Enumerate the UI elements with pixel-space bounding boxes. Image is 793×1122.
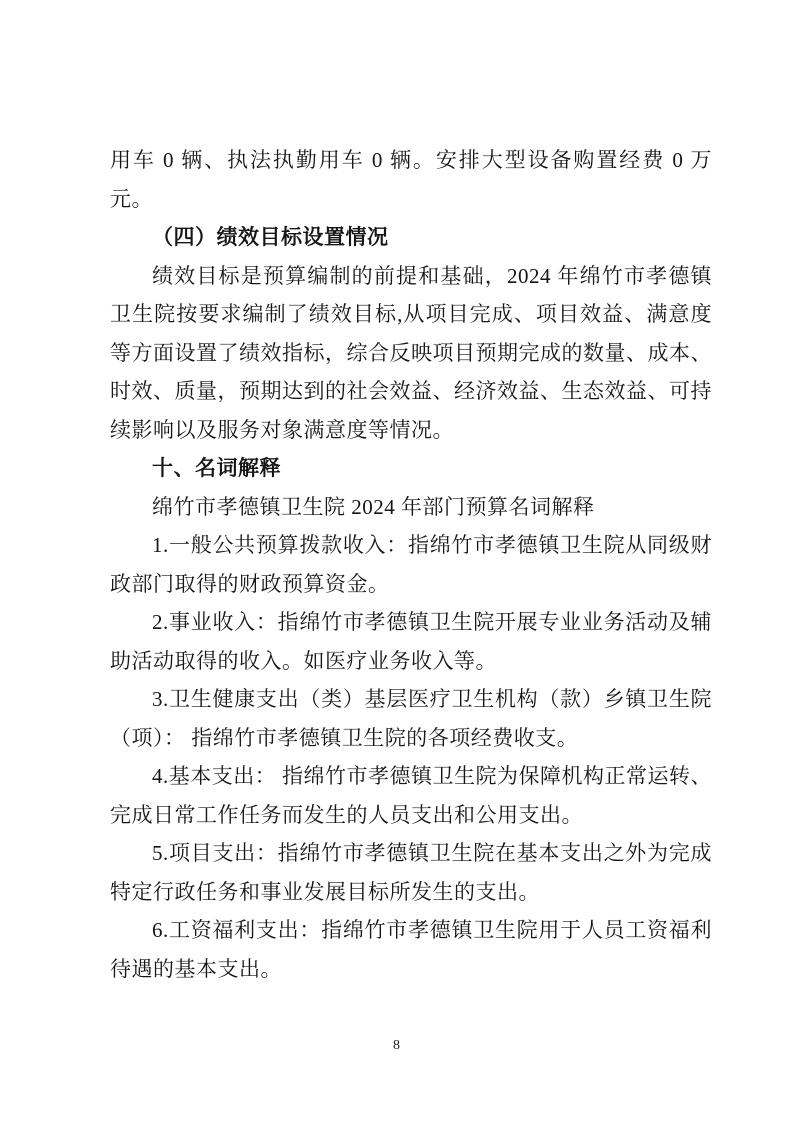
section-heading: （四）绩效目标设置情况 xyxy=(110,218,712,257)
section-heading: 十、名词解释 xyxy=(110,449,712,488)
body-paragraph: 5.项目支出：指绵竹市孝德镇卫生院在基本支出之外为完成特定行政任务和事业发展目标… xyxy=(110,834,712,911)
body-paragraph: 用车 0 辆、执法执勤用车 0 辆。安排大型设备购置经费 0 万元。 xyxy=(110,141,712,218)
page-number: 8 xyxy=(0,1038,793,1054)
document-content: 用车 0 辆、执法执勤用车 0 辆。安排大型设备购置经费 0 万元。（四）绩效目… xyxy=(110,141,712,988)
body-paragraph: 1.一般公共预算拨款收入：指绵竹市孝德镇卫生院从同级财政部门取得的财政预算资金。 xyxy=(110,526,712,603)
body-paragraph: 绵竹市孝德镇卫生院 2024 年部门预算名词解释 xyxy=(110,488,712,527)
body-paragraph: 3.卫生健康支出（类）基层医疗卫生机构（款）乡镇卫生院（项）： 指绵竹市孝德镇卫… xyxy=(110,680,712,757)
body-paragraph: 绩效目标是预算编制的前提和基础，2024 年绵竹市孝德镇卫生院按要求编制了绩效目… xyxy=(110,257,712,450)
body-paragraph: 6.工资福利支出：指绵竹市孝德镇卫生院用于人员工资福利待遇的基本支出。 xyxy=(110,911,712,988)
body-paragraph: 2.事业收入：指绵竹市孝德镇卫生院开展专业业务活动及辅助活动取得的收入。如医疗业… xyxy=(110,603,712,680)
body-paragraph: 4.基本支出： 指绵竹市孝德镇卫生院为保障机构正常运转、完成日常工作任务而发生的… xyxy=(110,757,712,834)
document-page: 用车 0 辆、执法执勤用车 0 辆。安排大型设备购置经费 0 万元。（四）绩效目… xyxy=(0,0,793,1122)
